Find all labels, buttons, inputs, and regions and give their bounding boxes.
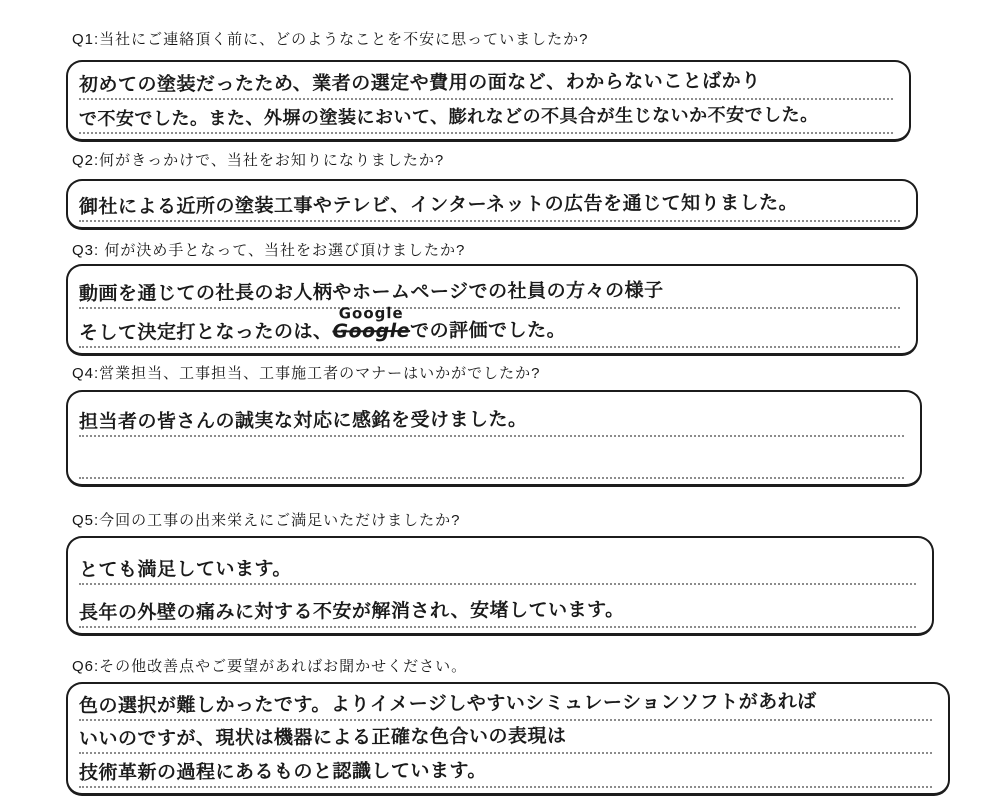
answer-box-q5: とても満足しています。 長年の外壁の痛みに対する不安が解消され、安堵しています。 <box>66 536 934 636</box>
answer-line-with-correction: そして決定打となったのは、GoogleGoogleでの評価でした。 <box>79 309 900 349</box>
answer-box-q1: 初めての塗装だったため、業者の選定や費用の面など、わからないことばかり で不安で… <box>66 60 911 142</box>
answer-line: で不安でした。また、外塀の塗装において、膨れなどの不具合が生じないか不安でした。 <box>79 100 893 135</box>
answer-line: 動画を通じての社長のお人柄やホームページでの社員の方々の様子 <box>79 269 900 309</box>
handwritten-text: 担当者の皆さんの誠実な対応に感銘を受けました。 <box>79 409 528 435</box>
handwritten-text: 色の選択が難しかったです。よりイメージしやすいシミュレーションソフトがあれば <box>79 691 817 718</box>
answer-box-q2: 御社による近所の塗装工事やテレビ、インターネットの広告を通じて知りました。 <box>66 179 918 230</box>
answer-line: 初めての塗装だったため、業者の選定や費用の面など、わからないことばかり <box>79 65 893 100</box>
handwritten-text: いいのですが、現状は機器による正確な色合いの表現は <box>79 726 567 752</box>
question-label-q4: Q4:営業担当、工事担当、工事施工者のマナーはいかがでしたか? <box>72 362 541 383</box>
answer-line: 色の選択が難しかったです。よりイメージしやすいシミュレーションソフトがあれば <box>79 687 932 721</box>
answer-line: 担当者の皆さんの誠実な対応に感銘を受けました。 <box>79 395 904 437</box>
question-label-q2: Q2:何がきっかけで、当社をお知りになりましたか? <box>72 149 444 170</box>
handwritten-text: そして決定打となったのは、GoogleGoogleでの評価でした。 <box>79 305 566 346</box>
correction-stack: GoogleGoogle <box>332 306 410 342</box>
question-label-q6: Q6:その他改善点やご要望があればお聞かせください。 <box>72 655 467 676</box>
question-label-q3: Q3: 何が決め手となって、当社をお選び頂けましたか? <box>72 239 465 260</box>
answer-line: 御社による近所の塗装工事やテレビ、インターネットの広告を通じて知りました。 <box>79 184 900 222</box>
handwritten-text: 技術革新の過程にあるものと認識しています。 <box>79 761 487 786</box>
handwritten-text: で不安でした。また、外塀の塗装において、膨れなどの不具合が生じないか不安でした。 <box>79 106 819 132</box>
handwritten-text: 御社による近所の塗装工事やテレビ、インターネットの広告を通じて知りました。 <box>79 193 798 220</box>
answer-box-q3: 動画を通じての社長のお人柄やホームページでの社員の方々の様子 そして決定打となっ… <box>66 264 918 356</box>
handwritten-text: 長年の外壁の痛みに対する不安が解消され、安堵しています。 <box>79 600 625 626</box>
handwritten-text: 動画を通じての社長のお人柄やホームページでの社員の方々の様子 <box>79 280 664 306</box>
answer-line: とても満足しています。 <box>79 541 916 585</box>
answer-line: 技術革新の過程にあるものと認識しています。 <box>79 754 932 788</box>
question-label-q5: Q5:今回の工事の出来栄えにご満足いただけましたか? <box>72 509 461 530</box>
answer-line: いいのですが、現状は機器による正確な色合いの表現は <box>79 721 932 755</box>
text-after-correction: での評価でした。 <box>410 319 566 342</box>
answer-line-empty <box>79 437 904 479</box>
answer-box-q4: 担当者の皆さんの誠実な対応に感銘を受けました。 <box>66 390 922 487</box>
handwritten-text: 初めての塗装だったため、業者の選定や費用の面など、わからないことばかり <box>79 70 761 97</box>
answer-box-q6: 色の選択が難しかったです。よりイメージしやすいシミュレーションソフトがあれば い… <box>66 682 950 796</box>
strikethrough-word: Google <box>332 321 410 342</box>
survey-page: Q1:当社にご連絡頂く前に、どのようなことを不安に思っていましたか? 初めての塗… <box>0 0 987 805</box>
answer-line: 長年の外壁の痛みに対する不安が解消され、安堵しています。 <box>79 585 916 629</box>
text-before-correction: そして決定打となったのは、 <box>79 321 333 345</box>
handwritten-text: とても満足しています。 <box>79 558 292 582</box>
question-label-q1: Q1:当社にご連絡頂く前に、どのようなことを不安に思っていましたか? <box>72 28 589 49</box>
